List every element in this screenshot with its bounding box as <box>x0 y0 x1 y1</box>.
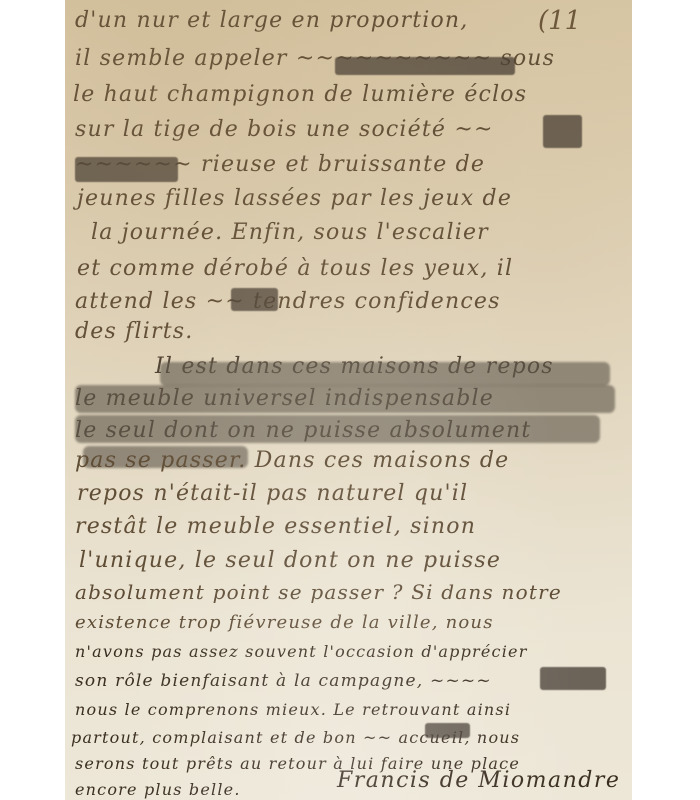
manuscript-line: sur la tige de bois une société ~~ <box>75 119 494 141</box>
manuscript-line: nous le comprenons mieux. Le retrouvant … <box>75 702 511 718</box>
manuscript-line: jeunes filles lassées par les jeux de <box>77 188 512 210</box>
manuscript-line: n'avons pas assez souvent l'occasion d'a… <box>75 644 528 660</box>
ink-blot <box>75 157 178 182</box>
ink-blot <box>543 115 582 148</box>
ink-blot <box>231 288 278 311</box>
manuscript-line: d'un nur et large en proportion, <box>75 10 468 32</box>
ink-blot <box>540 667 606 690</box>
ink-blot <box>335 57 515 75</box>
ink-wash <box>75 385 615 413</box>
manuscript-line: la journée. Enfin, sous l'escalier <box>91 222 489 244</box>
manuscript-line: absolument point se passer ? Si dans not… <box>75 582 562 602</box>
page-number: (11 <box>538 6 581 36</box>
manuscript-line: existence trop fiévreuse de la ville, no… <box>75 614 494 632</box>
manuscript-page: (11 d'un nur et large en proportion, il … <box>65 0 632 800</box>
manuscript-line: pas se passer. Dans ces maisons de <box>75 450 509 472</box>
ink-wash <box>160 362 610 386</box>
manuscript-line: restât le meuble essentiel, sinon <box>75 516 476 538</box>
signature: Francis de Miomandre <box>337 768 620 793</box>
manuscript-line: et comme dérobé à tous les yeux, il <box>77 258 513 280</box>
manuscript-line: repos n'était-il pas naturel qu'il <box>77 483 468 505</box>
ink-wash <box>75 415 600 443</box>
manuscript-line: le haut champignon de lumière éclos <box>73 84 527 106</box>
manuscript-line: des flirts. <box>75 321 193 343</box>
manuscript-line: encore plus belle. <box>75 782 241 798</box>
manuscript-line: son rôle bienfaisant à la campagne, ~~~~ <box>75 673 492 690</box>
manuscript-line: l'unique, le seul dont on ne puisse <box>79 550 501 572</box>
manuscript-line: attend les ~~ tendres confidences <box>75 291 501 313</box>
ink-blot <box>425 723 470 738</box>
